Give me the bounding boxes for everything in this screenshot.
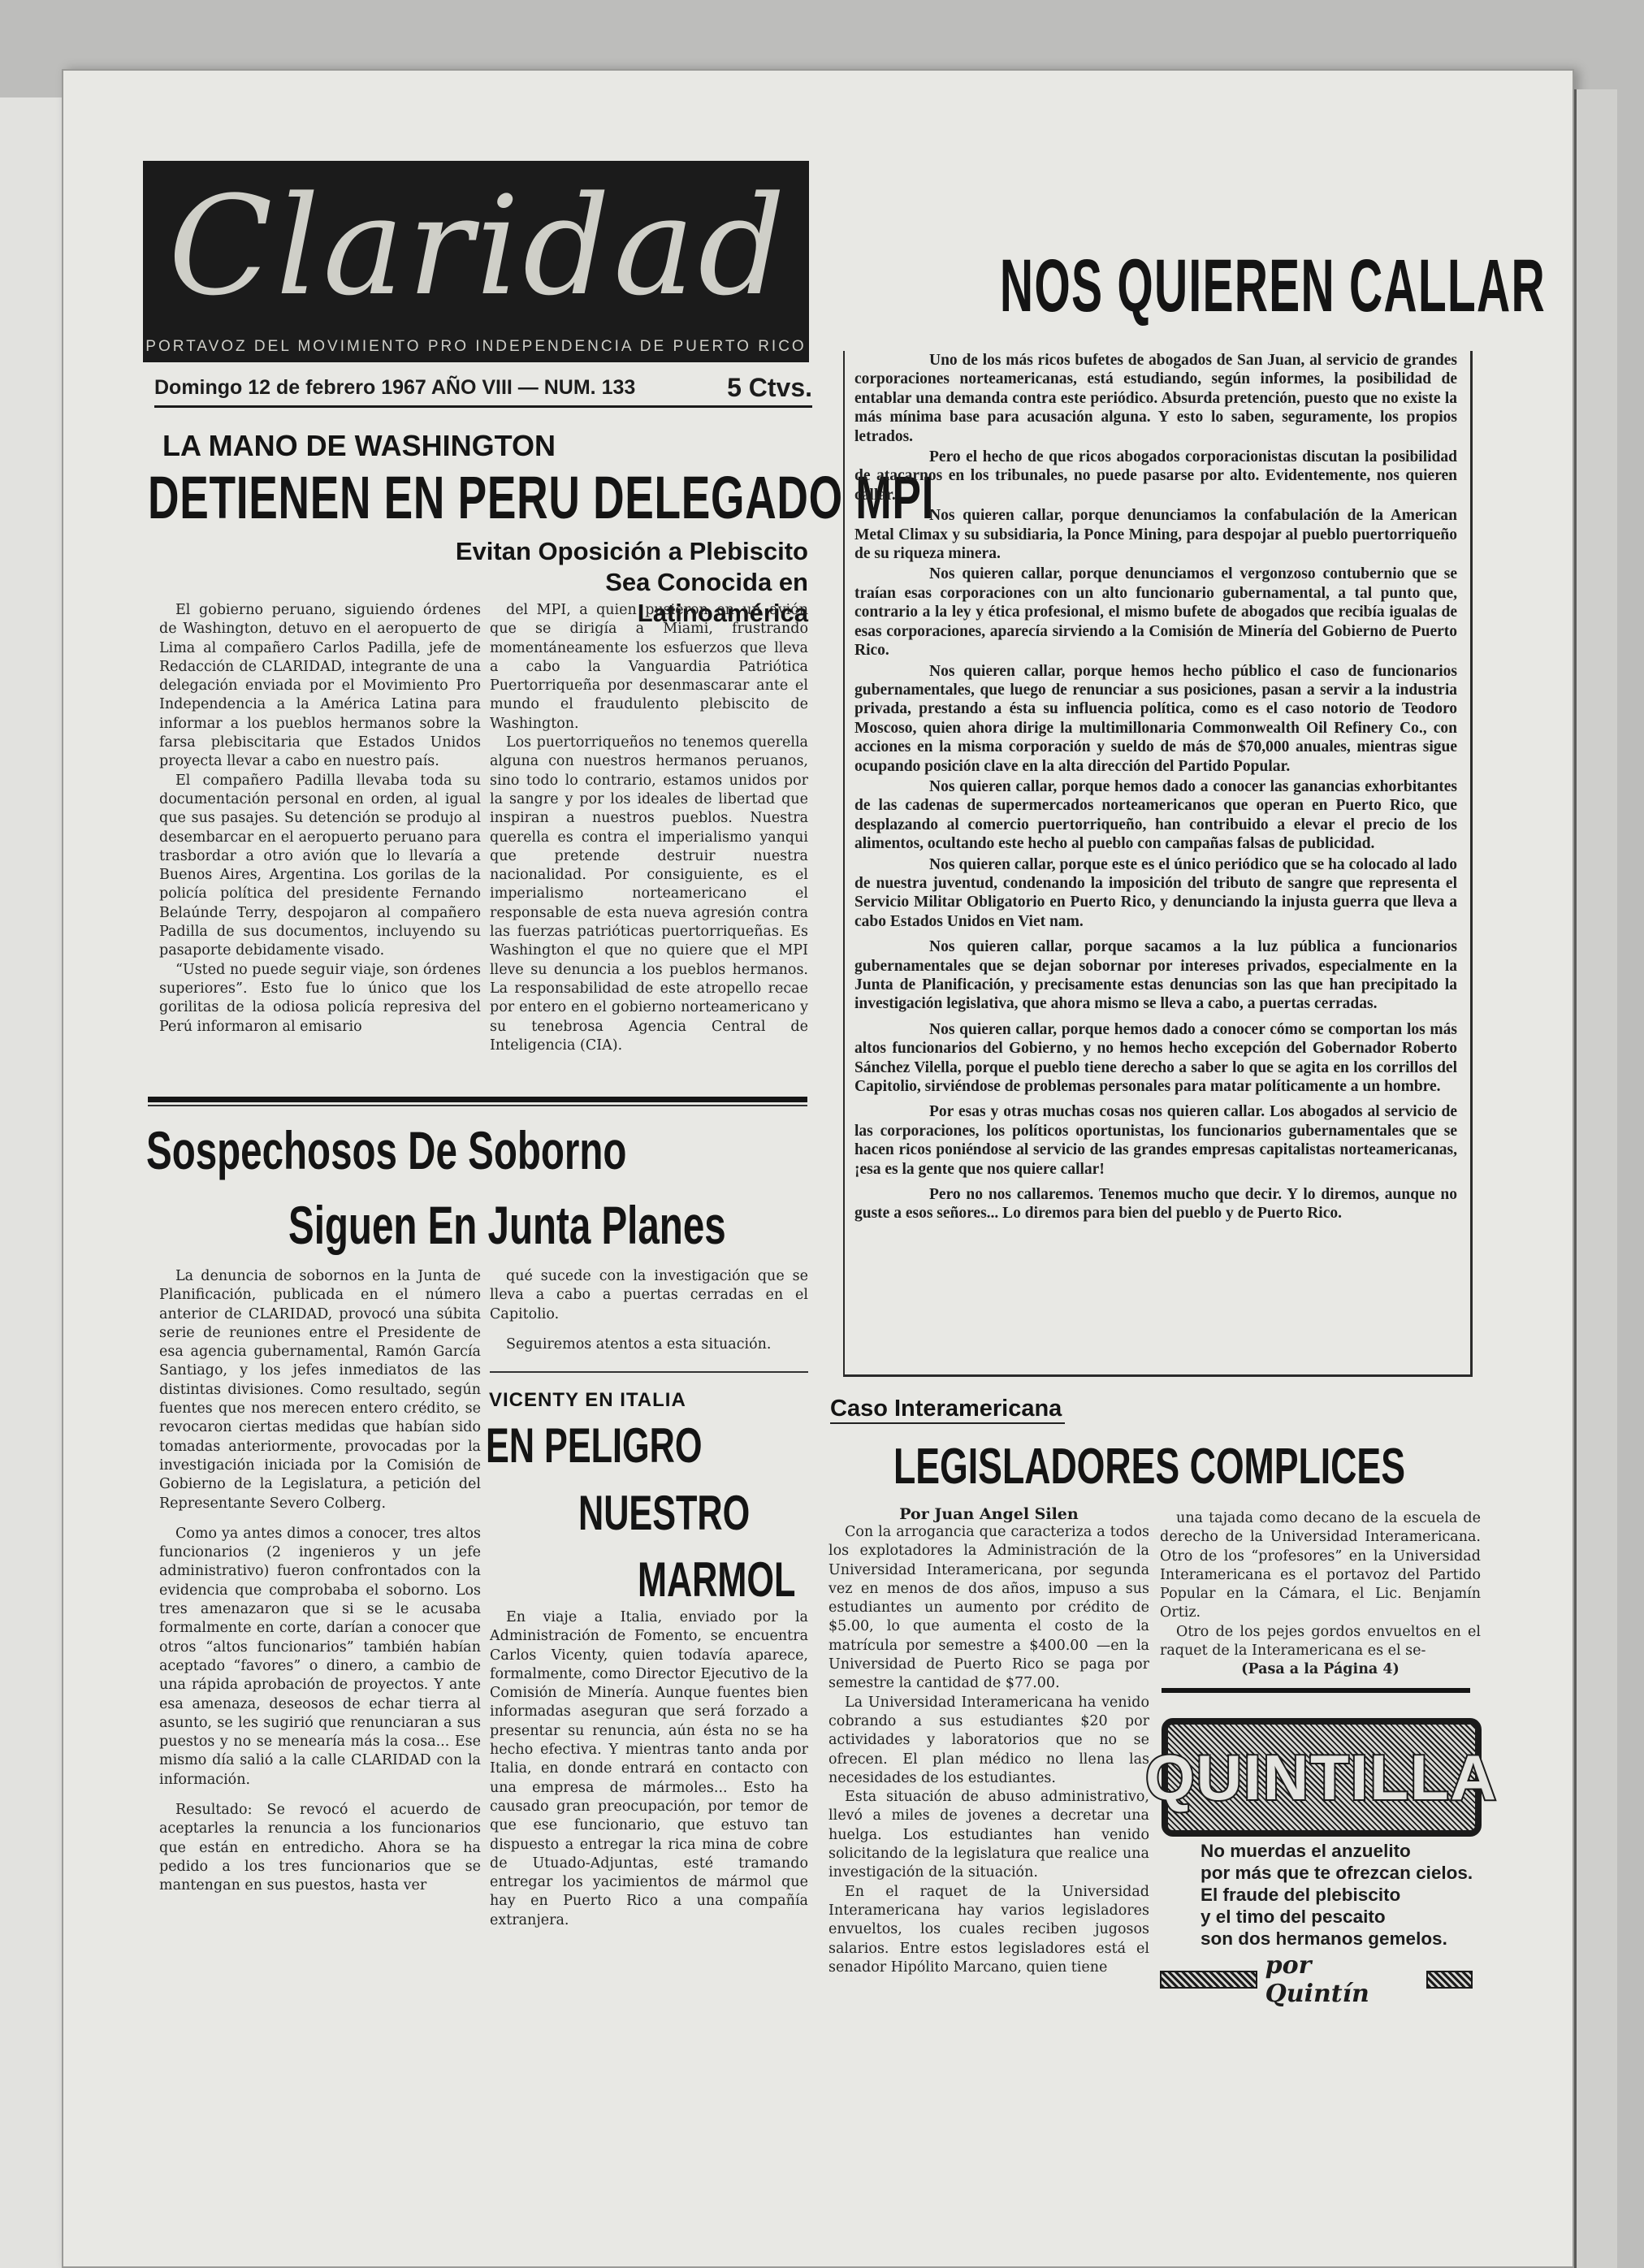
masthead-logo: Claridad — [158, 169, 799, 323]
quintilla-signature: por Quintín — [1160, 1966, 1473, 1993]
paragraph: Como ya antes dimos a conocer, tres alto… — [159, 1525, 481, 1790]
paragraph: Otro de los pejes gordos envueltos en el… — [1160, 1623, 1481, 1661]
article-soborno-col1: La denuncia de sobornos en la Junta de P… — [159, 1267, 481, 1896]
paragraph: Nos quieren callar, porque denunciamos e… — [854, 565, 1457, 660]
hatch-ornament-icon — [1426, 1971, 1473, 1989]
deck-line: Evitan Oposición a Plebiscito — [439, 536, 808, 567]
quintilla-banner: QUINTILLA — [1162, 1718, 1482, 1837]
article-legisladores-col1: Con la arrogancia que caracteriza a todo… — [828, 1523, 1149, 1977]
verse-line: son dos hermanos gemelos. — [1201, 1928, 1493, 1950]
paragraph: “Usted no puede seguir viaje, son órdene… — [159, 961, 481, 1037]
section-divider — [148, 1105, 807, 1106]
paragraph: La denuncia de sobornos en la Junta de P… — [159, 1267, 481, 1513]
adjacent-page-edge — [0, 97, 68, 2268]
headline-marmol-line1: EN PELIGRO — [486, 1417, 786, 1474]
headline-legisladores: LEGISLADORES COMPLICES — [893, 1438, 1604, 1495]
paragraph: una tajada como decano de la escuela de … — [1160, 1509, 1481, 1623]
issue-price: 5 Ctvs. — [727, 373, 812, 403]
article-peru-col2: del MPI, a quien pusieron en un avión qu… — [490, 601, 808, 1055]
paragraph: El gobierno peruano, siguiendo órdenes d… — [159, 601, 481, 772]
kicker-peru: LA MANO DE WASHINGTON — [162, 429, 556, 463]
paragraph: Pero no nos callaremos. Tenemos mucho qu… — [854, 1185, 1457, 1223]
paragraph: Esta situación de abuso administrativo, … — [828, 1788, 1149, 1882]
paragraph: Nos quieren callar, porque hemos dado a … — [854, 777, 1457, 854]
paragraph: Nos quieren callar, porque hemos hecho p… — [854, 662, 1457, 776]
issue-date: Domingo 12 de febrero 1967 AÑO VIII — NU… — [154, 376, 635, 400]
paragraph: Con la arrogancia que caracteriza a todo… — [828, 1523, 1149, 1694]
quintilla-verse: No muerdas el anzuelito por más que te o… — [1201, 1840, 1493, 1950]
paragraph: Pero el hecho de que ricos abogados corp… — [854, 448, 1457, 504]
paragraph: El compañero Padilla llevaba toda su doc… — [159, 772, 481, 961]
paragraph: Nos quieren callar, porque este es el ún… — [854, 855, 1457, 932]
article-marmol-body: En viaje a Italia, enviado por la Admini… — [490, 1608, 808, 1930]
kicker-legisladores: Caso Interamericana — [830, 1396, 1065, 1424]
section-divider — [1162, 1688, 1470, 1693]
headline-marmol-line3: MARMOL — [638, 1552, 857, 1608]
article-peru-col1: El gobierno peruano, siguiendo órdenes d… — [159, 601, 481, 1037]
kicker-marmol: VICENTY EN ITALIA — [489, 1389, 686, 1412]
paragraph: Nos quieren callar, porque denunciamos l… — [854, 506, 1457, 563]
section-divider — [148, 1097, 807, 1102]
hatch-ornament-icon — [1160, 1971, 1257, 1989]
headline-soborno-line1: Sospechosos De Soborno — [146, 1119, 813, 1181]
dateline: Domingo 12 de febrero 1967 AÑO VIII — NU… — [154, 370, 812, 408]
headline-marmol-line2: NUESTRO — [578, 1485, 816, 1542]
verse-line: y el timo del pescaito — [1201, 1906, 1493, 1928]
paragraph: Los puertorriqueños no tenemos querella … — [490, 734, 808, 1055]
paragraph: En viaje a Italia, enviado por la Admini… — [490, 1608, 808, 1930]
masthead-tagline: PORTAVOZ DEL MOVIMIENTO PRO INDEPENDENCI… — [143, 338, 809, 356]
article-soborno-col2: qué sucede con la investigación que se l… — [490, 1267, 808, 1354]
continued-on-page-link[interactable]: (Pasa a la Página 4) — [1160, 1660, 1481, 1679]
verse-line: No muerdas el anzuelito — [1201, 1840, 1493, 1862]
paragraph: qué sucede con la investigación que se l… — [490, 1267, 808, 1324]
page-binding-edge — [1574, 89, 1617, 2268]
headline-soborno-line2: Siguen En Junta Planes — [288, 1194, 896, 1256]
verse-line: por más que te ofrezcan cielos. — [1201, 1862, 1493, 1884]
section-divider — [490, 1371, 808, 1373]
byline: Por Juan Angel Silen — [828, 1505, 1149, 1523]
paragraph: Nos quieren callar, porque sacamos a la … — [854, 937, 1457, 1014]
headline-editorial: NOS QUIEREN CALLAR — [833, 237, 1492, 335]
editorial-body: Uno de los más ricos bufetes de abogados… — [854, 351, 1457, 1225]
article-legisladores-col2: una tajada como decano de la escuela de … — [1160, 1509, 1481, 1680]
verse-line: El fraude del plebiscito — [1201, 1884, 1493, 1906]
signature-text: por Quintín — [1265, 1951, 1418, 2008]
paragraph: Uno de los más ricos bufetes de abogados… — [854, 351, 1457, 446]
paragraph: del MPI, a quien pusieron en un avión qu… — [490, 601, 808, 734]
paragraph: Resultado: Se revocó el acuerdo de acept… — [159, 1801, 481, 1895]
paragraph: Por esas y otras muchas cosas nos quiere… — [854, 1102, 1457, 1179]
quintilla-title: QUINTILLA — [1145, 1741, 1498, 1815]
paragraph: Nos quieren callar, porque hemos dado a … — [854, 1020, 1457, 1097]
paragraph: Seguiremos atentos a esta situación. — [490, 1335, 808, 1354]
masthead: Claridad PORTAVOZ DEL MOVIMIENTO PRO IND… — [143, 161, 809, 362]
paragraph: La Universidad Interamericana ha venido … — [828, 1694, 1149, 1788]
paragraph: En el raquet de la Universidad Interamer… — [828, 1883, 1149, 1977]
